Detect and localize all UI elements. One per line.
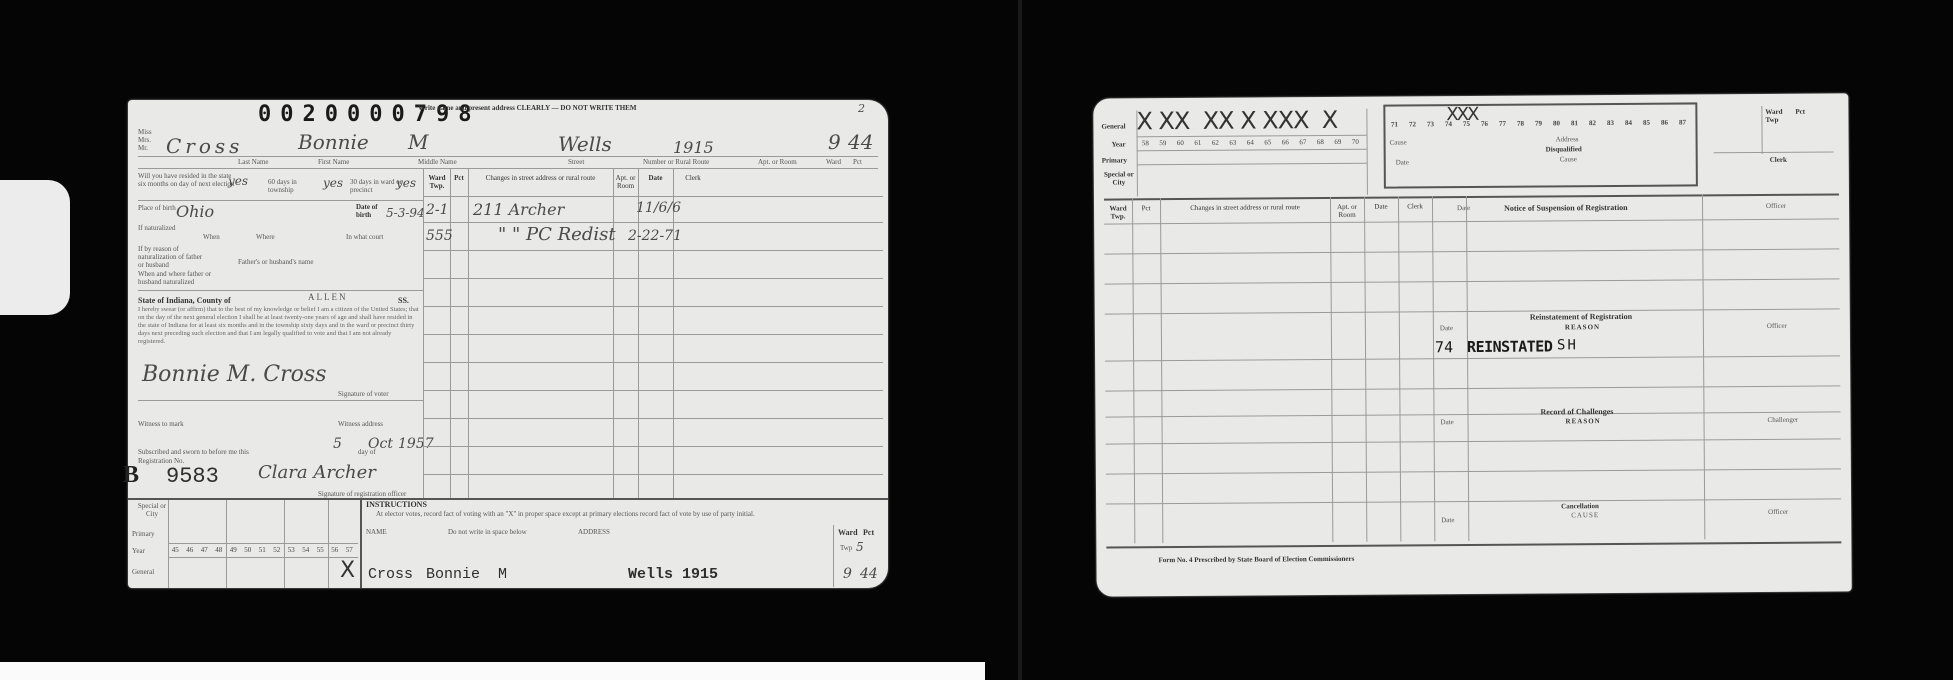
label-naturalized: If naturalized xyxy=(138,224,176,232)
witness-year: 1957 xyxy=(398,436,434,452)
book-letter: B xyxy=(123,462,139,489)
label-challenger: Challenger xyxy=(1768,416,1799,424)
label-court: In what court xyxy=(346,233,383,241)
label-date-of-birth: Date of birth xyxy=(356,203,386,219)
label-year: Year xyxy=(132,547,145,555)
reinstatement-initials-value: SH xyxy=(1557,337,1578,353)
label-father-husband-name: Father's or husband's name xyxy=(238,258,313,266)
label-subscribed: Subscribed and sworn to before me this xyxy=(138,448,249,456)
reinstatement-reason-value: REINSTATED xyxy=(1467,337,1552,356)
label-cancellation-date: Date xyxy=(1441,516,1454,524)
label-challenge-reason: REASON xyxy=(1566,417,1601,425)
label-township-residence: 60 days in township xyxy=(268,178,323,194)
voter-first-name: Bonnie xyxy=(298,130,369,154)
label-back-primary: Primary xyxy=(1102,156,1127,164)
label-address: ADDRESS xyxy=(578,528,610,536)
voter-pct: 44 xyxy=(848,130,873,154)
challenges-title: Record of Challenges xyxy=(1540,407,1613,417)
reinstatement-title: Reinstatement of Registration xyxy=(1530,312,1632,322)
registration-card-front: 0020000798 Write name and present addres… xyxy=(128,100,888,588)
label-disq-cause: Cause xyxy=(1560,155,1577,163)
label-back-date: Date xyxy=(1396,158,1409,166)
label-back-cause: Cause xyxy=(1390,138,1407,146)
registration-officer-signature: Clara Archer xyxy=(258,462,376,483)
label-when: When xyxy=(203,233,220,241)
label-back-pct: Pct xyxy=(1795,108,1805,116)
label-back-general: General xyxy=(1101,122,1125,130)
voter-signature: Bonnie M. Cross xyxy=(142,362,327,387)
date-of-birth-value: 5-3-94 xyxy=(386,206,425,220)
film-margin-strip xyxy=(0,662,985,680)
witness-month: Oct xyxy=(368,436,393,452)
instructions-text: At elector votes, record fact of voting … xyxy=(376,510,816,518)
instr-twp-value: 5 xyxy=(856,540,864,554)
label-reinstatement-date: Date xyxy=(1440,324,1453,332)
label-back-year: Year xyxy=(1112,140,1126,148)
label-state-residence: Will you have resided in the state six m… xyxy=(138,172,238,188)
county-value: ALLEN xyxy=(308,293,348,301)
township-residence-value: yes xyxy=(323,176,343,190)
label-witness-to-mark: Witness to mark xyxy=(138,420,184,428)
voter-house-number: 1915 xyxy=(673,138,714,157)
label-witness-address: Witness address xyxy=(338,420,383,428)
reinstatement-date-value: 74 xyxy=(1435,338,1453,356)
label-cancellation-cause: CAUSE xyxy=(1571,511,1599,519)
label-father-husband: If by reason of naturalization of father… xyxy=(138,245,208,269)
label-disqualified: Disqualified xyxy=(1546,145,1582,153)
typed-last-name: Cross xyxy=(368,566,413,583)
registration-card-back: General Year Primary Special or City X X… xyxy=(1093,93,1851,596)
label-state-county: State of Indiana, County of xyxy=(138,296,231,305)
label-number: Number or Rural Route xyxy=(643,158,709,166)
front-change-row-2-address: " " PC Redist xyxy=(498,224,616,245)
film-edge xyxy=(0,180,70,315)
voter-street: Wells xyxy=(558,132,612,156)
label-do-not-write: Do not write in space below xyxy=(448,528,527,536)
witness-day: 5 xyxy=(333,436,342,452)
label-back-special-city: Special or City xyxy=(1104,170,1134,186)
back-general-marks-a: X XX XX X XXX X xyxy=(1136,109,1337,132)
label-primary: Primary xyxy=(132,530,155,538)
label-suspension-officer: Officer xyxy=(1766,202,1786,210)
front-changes-header: Ward Twp. Pct Changes in street address … xyxy=(424,174,713,190)
label-birthplace: Place of birth xyxy=(138,204,178,212)
form-footer: Form No. 4 Prescribed by State Board of … xyxy=(1158,555,1354,564)
label-back-address: Address xyxy=(1556,135,1579,143)
birthplace-value: Ohio xyxy=(176,202,214,221)
suspension-title: Notice of Suspension of Registration xyxy=(1504,203,1628,213)
oath-text: I hereby swear (or affirm) that to the b… xyxy=(138,306,420,346)
label-name: NAME xyxy=(366,528,387,536)
registration-number: 9583 xyxy=(166,464,219,489)
label-when-where-naturalized: When and where father or husband natural… xyxy=(138,270,218,286)
back-year-row-a: 58 59 60 61 62 63 64 65 66 67 68 69 70 xyxy=(1137,138,1365,148)
label-pct: Pct xyxy=(853,158,862,166)
label-ss: SS. xyxy=(398,296,409,305)
voter-middle-initial: M xyxy=(408,130,428,154)
label-apt: Apt. or Room xyxy=(758,158,797,166)
instructions-title: INSTRUCTIONS xyxy=(366,500,427,509)
label-middle-name: Middle Name xyxy=(418,158,457,166)
front-change-row-1-ward: 2-1 xyxy=(426,202,449,218)
label-cancellation-officer: Officer xyxy=(1768,508,1788,516)
label-last-name: Last Name xyxy=(238,158,269,166)
front-change-row-1-address: 211 Archer xyxy=(473,200,564,219)
label-back-ward-twp: Ward Twp xyxy=(1765,108,1787,124)
back-changes-header: Ward Twp. Pct Changes in street address … xyxy=(1104,202,1432,220)
front-change-row-1-date: 11/6/6 xyxy=(636,200,681,216)
label-special-city: Special or City xyxy=(132,502,172,518)
front-change-row-2-date: 2-22-71 xyxy=(628,228,682,244)
label-street: Street xyxy=(568,158,584,166)
card-corner-mark: 2 xyxy=(858,102,865,115)
title-options: Miss Mrs. Mr. xyxy=(138,128,152,152)
typed-middle-initial: M xyxy=(498,566,507,583)
label-where: Where xyxy=(256,233,275,241)
label-instr-twp: Twp xyxy=(840,544,852,552)
vote-mark-57: X xyxy=(340,560,355,582)
typed-first-name: Bonnie xyxy=(426,566,480,583)
label-general: General xyxy=(132,568,154,576)
front-change-row-2-ward: 555 xyxy=(426,228,453,244)
label-registration-officer: Signature of registration officer xyxy=(318,490,406,498)
header-instruction: Write name and present address CLEARLY —… xyxy=(418,104,636,112)
typed-ward: 9 xyxy=(843,566,852,582)
typed-address: Wells 1915 xyxy=(628,566,718,583)
label-signature-of-voter: Signature of voter xyxy=(338,390,389,398)
label-reinstatement-reason: REASON xyxy=(1565,323,1600,331)
label-instr-ward: Ward xyxy=(838,528,858,537)
label-ward: Ward xyxy=(826,158,841,166)
label-suspension-date: Date xyxy=(1457,204,1470,212)
label-instr-pct: Pct xyxy=(863,528,874,537)
back-voting-grid-b xyxy=(1383,102,1698,188)
ward-residence-value: yes xyxy=(396,176,416,190)
cancellation-title: Cancellation xyxy=(1561,502,1599,510)
voter-last-name: Cross xyxy=(166,134,243,158)
label-reinstatement-officer: Officer xyxy=(1767,322,1787,330)
label-first-name: First Name xyxy=(318,158,349,166)
label-back-clerk: Clerk xyxy=(1770,156,1787,164)
film-divider xyxy=(1018,0,1022,680)
label-challenge-date: Date xyxy=(1441,418,1454,426)
state-residence-value: yes xyxy=(228,174,248,188)
voter-ward: 9 xyxy=(828,130,841,154)
typed-pct: 44 xyxy=(860,566,878,582)
